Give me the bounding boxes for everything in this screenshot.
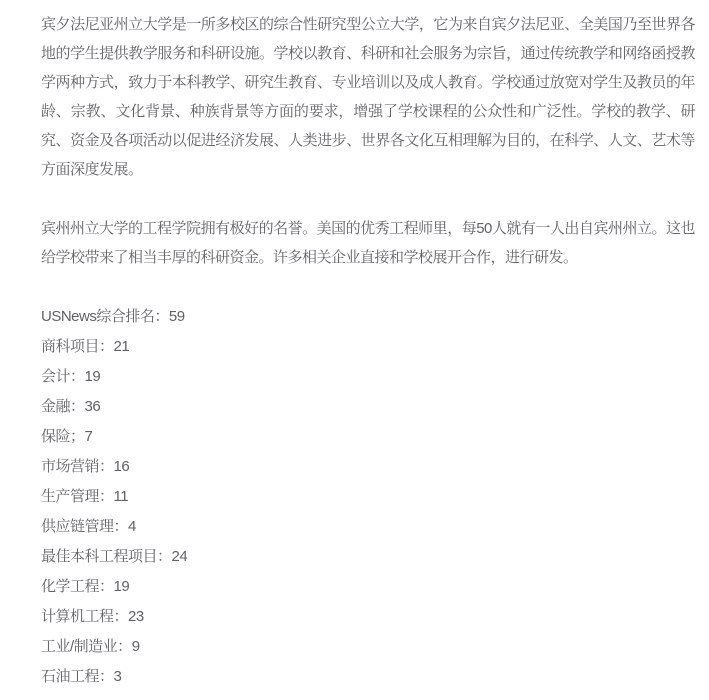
ranking-row-accounting: 会计：19 [41,362,695,392]
ranking-separator: ： [114,518,129,535]
ranking-value: 19 [114,578,130,595]
ranking-separator: ： [99,488,114,505]
ranking-value: 16 [114,458,130,475]
ranking-value: 21 [114,338,130,355]
engineering-paragraph: 宾州州立大学的工程学院拥有极好的名誉。美国的优秀工程师里，每50人就有一人出自宾… [41,214,695,272]
ranking-value: 59 [169,308,185,325]
ranking-row-business: 商科项目：21 [41,332,695,362]
ranking-label: 化学工程 [41,578,99,595]
ranking-label: 保险 [41,428,70,445]
ranking-label: 供应链管理 [41,518,114,535]
ranking-value: 3 [114,668,122,685]
ranking-row-chemical-engineering: 化学工程：19 [41,572,695,602]
ranking-label: 计算机工程 [41,608,114,625]
ranking-label: 生产管理 [41,488,99,505]
ranking-separator: ： [99,668,114,685]
ranking-separator: ； [70,428,85,445]
ranking-separator: ： [114,608,129,625]
ranking-row-finance: 金融：36 [41,392,695,422]
ranking-row-insurance: 保险；7 [41,422,695,452]
ranking-label: 市场营销 [41,458,99,475]
ranking-separator: ： [157,548,172,565]
ranking-label: 最佳本科工程项目 [41,548,157,565]
ranking-label: 石油工程 [41,668,99,685]
ranking-label: USNews综合排名 [41,308,154,325]
intro-paragraph: 宾夕法尼亚州立大学是一所多校区的综合性研究型公立大学，它为来自宾夕法尼亚、全美国… [41,10,695,184]
ranking-label: 金融 [41,398,70,415]
ranking-label: 商科项目 [41,338,99,355]
ranking-separator: ： [99,338,114,355]
ranking-label: 工业/制造业 [41,638,117,655]
ranking-value: 11 [114,488,129,505]
ranking-value: 4 [128,518,136,535]
ranking-separator: ： [154,308,169,325]
ranking-row-industrial-manufacturing: 工业/制造业：9 [41,632,695,662]
ranking-row-marketing: 市场营销：16 [41,452,695,482]
ranking-separator: ： [70,398,85,415]
article: 宾夕法尼亚州立大学是一所多校区的综合性研究型公立大学，它为来自宾夕法尼亚、全美国… [0,0,709,692]
rankings-list: USNews综合排名：59 商科项目：21 会计：19 金融：36 保险；7 市… [41,302,695,692]
ranking-row-computer-engineering: 计算机工程：23 [41,602,695,632]
ranking-label: 会计 [41,368,70,385]
ranking-value: 23 [128,608,144,625]
ranking-separator: ： [99,458,114,475]
ranking-value: 7 [85,428,93,445]
ranking-separator: ： [99,578,114,595]
ranking-separator: ： [117,638,132,655]
ranking-row-supply-chain: 供应链管理：4 [41,512,695,542]
ranking-row-petroleum-engineering: 石油工程：3 [41,662,695,692]
ranking-value: 9 [132,638,140,655]
ranking-row-undergrad-engineering: 最佳本科工程项目：24 [41,542,695,572]
ranking-value: 24 [172,548,188,565]
ranking-value: 36 [85,398,101,415]
ranking-separator: ： [70,368,85,385]
ranking-value: 19 [85,368,101,385]
ranking-row-usnews: USNews综合排名：59 [41,302,695,332]
ranking-row-production: 生产管理：11 [41,482,695,512]
